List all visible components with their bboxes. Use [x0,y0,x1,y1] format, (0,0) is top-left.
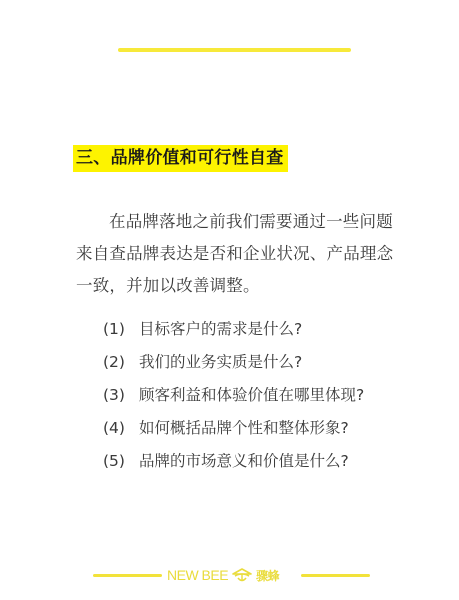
question-text: 目标客户的需求是什么? [139,320,302,338]
question-text: 我们的业务实质是什么? [139,353,302,371]
brand-name-en: NEW BEE [167,567,228,583]
section-heading: 三、品牌价值和可行性自查 [73,145,288,172]
question-list: (1)目标客户的需求是什么? (2)我们的业务实质是什么? (3)顾客利益和体验… [103,313,364,478]
question-item: (5)品牌的市场意义和价值是什么? [103,445,364,478]
question-number: (2) [103,346,139,379]
question-item: (1)目标客户的需求是什么? [103,313,364,346]
question-number: (5) [103,445,139,478]
question-item: (4)如何概括品牌个性和整体形象? [103,412,364,445]
footer-divider-right [301,574,370,577]
question-number: (1) [103,313,139,346]
footer-brand-bar: NEW BEE 骤蜂 [0,565,459,585]
question-text: 顾客利益和体验价值在哪里体现? [139,386,364,404]
bee-hive-icon [232,568,252,582]
question-number: (3) [103,379,139,412]
brand-name-cn: 骤蜂 [256,567,279,584]
top-divider [118,48,351,52]
intro-paragraph: 在品牌落地之前我们需要通过一些问题来自查品牌表达是否和企业状况、产品理念一致，并… [76,206,396,302]
question-text: 如何概括品牌个性和整体形象? [139,419,349,437]
question-number: (4) [103,412,139,445]
footer-divider-left [93,574,162,577]
question-item: (2)我们的业务实质是什么? [103,346,364,379]
question-text: 品牌的市场意义和价值是什么? [139,452,349,470]
question-item: (3)顾客利益和体验价值在哪里体现? [103,379,364,412]
brand-logo: NEW BEE 骤蜂 [167,565,279,585]
